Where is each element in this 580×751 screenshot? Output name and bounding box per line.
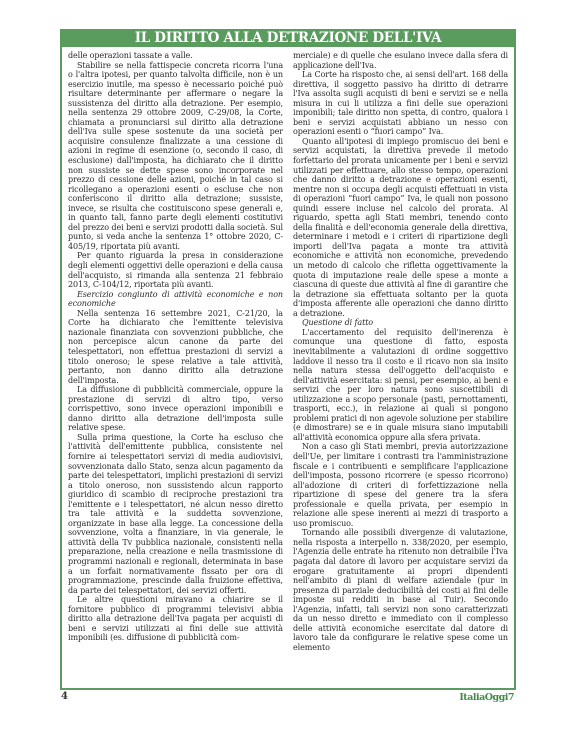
paragraph: La diffusione di pubblicità commerciale,… <box>68 385 283 433</box>
right-column: merciale) e di quelle che esulano invece… <box>293 51 508 652</box>
paragraph: Per quanto riguarda la presa in consider… <box>68 251 283 289</box>
article-box: IL DIRITTO ALLA DETRAZIONE DELL'IVA dell… <box>60 29 516 690</box>
paragraph: Quanto all'ipotesi di impiego promiscuo … <box>293 137 508 318</box>
subheading: Questione di fatto <box>293 318 508 328</box>
publication-logo: ItaliaOggi7 <box>459 692 514 703</box>
paragraph: Tornando alle possibili divergenze di va… <box>293 528 508 652</box>
section-header: IL DIRITTO ALLA DETRAZIONE DELL'IVA <box>60 29 516 47</box>
paragraph: merciale) e di quelle che esulano invece… <box>293 51 508 70</box>
paragraph: Nella sentenza 16 settembre 2021, C-21/2… <box>68 309 283 385</box>
paragraph: Non a caso gli Stati membri, previa auto… <box>293 442 508 528</box>
paragraph: Stabilire se nella fattispecie concreta … <box>68 61 283 252</box>
subheading: Esercizio congiunto di attività economic… <box>68 290 283 309</box>
page-number: 4 <box>61 691 68 702</box>
paragraph: delle operazioni tassate a valle. <box>68 51 283 61</box>
section-title: IL DIRITTO ALLA DETRAZIONE DELL'IVA <box>135 30 442 46</box>
paragraph: Sulla prima questione, la Corte ha esclu… <box>68 433 283 595</box>
paragraph: Le altre questioni miravano a chiarire s… <box>68 595 283 643</box>
left-column: delle operazioni tassate a valle. Stabil… <box>68 51 283 652</box>
paragraph: L'accertamento del requisito dell'ineren… <box>293 328 508 443</box>
paragraph: La Corte ha risposto che, ai sensi dell'… <box>293 70 508 137</box>
article-columns: delle operazioni tassate a valle. Stabil… <box>62 47 514 652</box>
